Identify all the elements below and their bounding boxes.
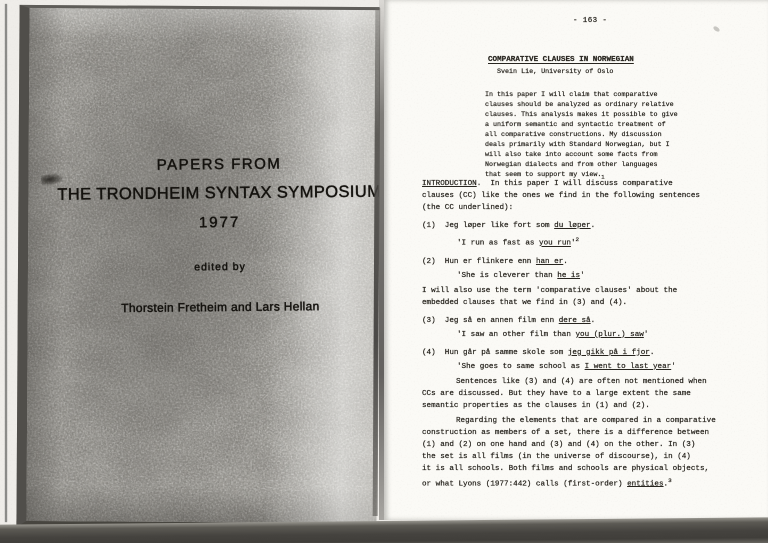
- body-line: (1) Jeg løper like fort som du løper.: [422, 220, 762, 232]
- book-cover: PAPERS FROM THE TRONDHEIM SYNTAX SYMPOSI…: [16, 5, 379, 529]
- article-body: INTRODUCTION. In this paper I will discu…: [422, 178, 762, 490]
- body-line: or what Lyons (1977:442) calls (first-or…: [422, 475, 762, 491]
- body-line: 'I run as fast as you run'2: [457, 234, 762, 250]
- abstract-line: Norwegian dialects and from other langua…: [485, 160, 705, 170]
- article-title: COMPARATIVE CLAUSES IN NORWEGIAN: [488, 56, 634, 64]
- body-line: (2) Hun er flinkere enn han er.: [422, 256, 762, 268]
- body-line: embedded clauses that we find in (3) and…: [422, 297, 762, 309]
- body-line: clauses (CC) like the ones we find in th…: [422, 190, 762, 202]
- abstract-line: will also take into account some facts f…: [485, 150, 705, 160]
- scan-speck: [712, 25, 720, 32]
- scan-smudge: [41, 173, 64, 186]
- body-line: INTRODUCTION. In this paper I will discu…: [422, 178, 762, 190]
- body-line: Regarding the elements that are compared…: [422, 415, 762, 427]
- article-title-block: COMPARATIVE CLAUSES IN NORWEGIAN Svein L…: [488, 56, 634, 76]
- abstract-line: clauses should be analyzed as ordinary r…: [485, 100, 705, 110]
- cover-year: 1977: [42, 212, 380, 232]
- body-line: Sentences like (3) and (4) are often not…: [422, 376, 762, 388]
- cover-edited-by-label: edited by: [42, 259, 380, 274]
- article-page: - 163 - COMPARATIVE CLAUSES IN NORWEGIAN…: [384, 0, 768, 520]
- body-line: 'She is cleverer than he is': [457, 270, 762, 282]
- page-number: - 163 -: [573, 17, 607, 25]
- body-line: (4) Hun går på samme skole som jeg gikk …: [422, 347, 762, 359]
- body-line: (1) and (2) on one hand and (3) and (4) …: [422, 439, 762, 451]
- body-line: 'I saw an other film than you (plur.) sa…: [457, 329, 762, 341]
- body-line: I will also use the term 'comparative cl…: [422, 285, 762, 297]
- body-line: (3) Jeg så en annen film enn dere så.: [422, 315, 762, 327]
- abstract-line: In this paper I will claim that comparat…: [485, 90, 705, 100]
- article-abstract: In this paper I will claim that comparat…: [485, 90, 705, 182]
- spine-edge-line: [5, 4, 7, 522]
- abstract-line: all comparative constructions. My discus…: [485, 130, 705, 140]
- abstract-line: deals primarily with Standard Norwegian,…: [485, 140, 705, 150]
- cover-main-title: THE TRONDHEIM SYNTAX SYMPOSIUM: [41, 182, 379, 204]
- scanned-spread: PAPERS FROM THE TRONDHEIM SYNTAX SYMPOSI…: [0, 0, 768, 543]
- body-line: it is all schools. Both films and school…: [422, 463, 762, 475]
- body-line: semantic properties as the clauses in (1…: [422, 400, 762, 412]
- body-line: 'She goes to same school as I went to la…: [457, 361, 762, 373]
- body-line: the set is all films (in the universe of…: [422, 451, 762, 463]
- body-line: (the CC underlined):: [422, 202, 762, 214]
- abstract-line: clauses. This analysis makes it possible…: [485, 110, 705, 120]
- abstract-line: a uniform semantic and syntactic treatme…: [485, 120, 705, 130]
- cover-series-title: PAPERS FROM: [41, 154, 380, 174]
- book-cover-page: PAPERS FROM THE TRONDHEIM SYNTAX SYMPOSI…: [0, 0, 384, 543]
- article-author: Svein Lie, University of Oslo: [497, 68, 634, 76]
- body-line: CCs are discussed. But they have to a la…: [422, 388, 762, 400]
- cover-text-block: PAPERS FROM THE TRONDHEIM SYNTAX SYMPOSI…: [40, 7, 380, 523]
- body-line: construction as members of a set, there …: [422, 427, 762, 439]
- cover-editors: Thorstein Fretheim and Lars Hellan: [42, 298, 379, 315]
